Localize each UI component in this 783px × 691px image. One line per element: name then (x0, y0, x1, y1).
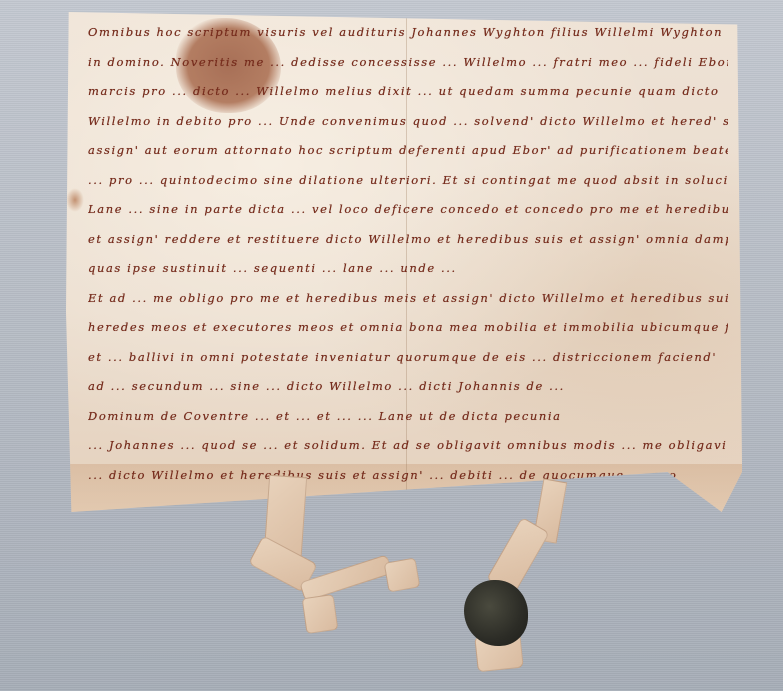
text-line: in domino. Noveritis me ... dedisse conc… (88, 48, 728, 78)
text-line: heredes meos et executores meos et omnia… (88, 313, 728, 343)
text-line: et assign' reddere et restituere dicto W… (88, 225, 728, 255)
wax-seal (464, 580, 528, 646)
charter-parchment: Omnibus hoc scriptum visuris vel auditur… (66, 12, 742, 512)
text-line: Lane ... sine in parte dicta ... vel loc… (88, 195, 728, 225)
text-line: ... pro ... quintodecimo sine dilatione … (88, 166, 728, 196)
text-line: Omnibus hoc scriptum visuris vel auditur… (88, 18, 728, 48)
text-line: ... dicto Willelmo et heredibus suis et … (88, 461, 728, 491)
text-line: ... Johannes ... quod se ... et solidum.… (88, 431, 728, 461)
text-line: Dominum de Coventre ... et ... et ... ..… (88, 402, 728, 432)
text-line: marcis pro ... dicto ... Willelmo melius… (88, 77, 728, 107)
text-line: Willelmo in debito pro ... Unde convenim… (88, 107, 728, 137)
text-line: Et ad ... me obligo pro me et heredibus … (88, 284, 728, 314)
text-line: assign' aut eorum attornato hoc scriptum… (88, 136, 728, 166)
text-line: quas ipse sustinuit ... sequenti ... lan… (88, 254, 728, 284)
text-line: et ... ballivi in omni potestate invenia… (88, 343, 728, 373)
edge-stain (66, 188, 84, 212)
text-line: ad ... secundum ... sine ... dicto Wille… (88, 372, 728, 402)
charter-text: Omnibus hoc scriptum visuris vel auditur… (88, 18, 728, 490)
